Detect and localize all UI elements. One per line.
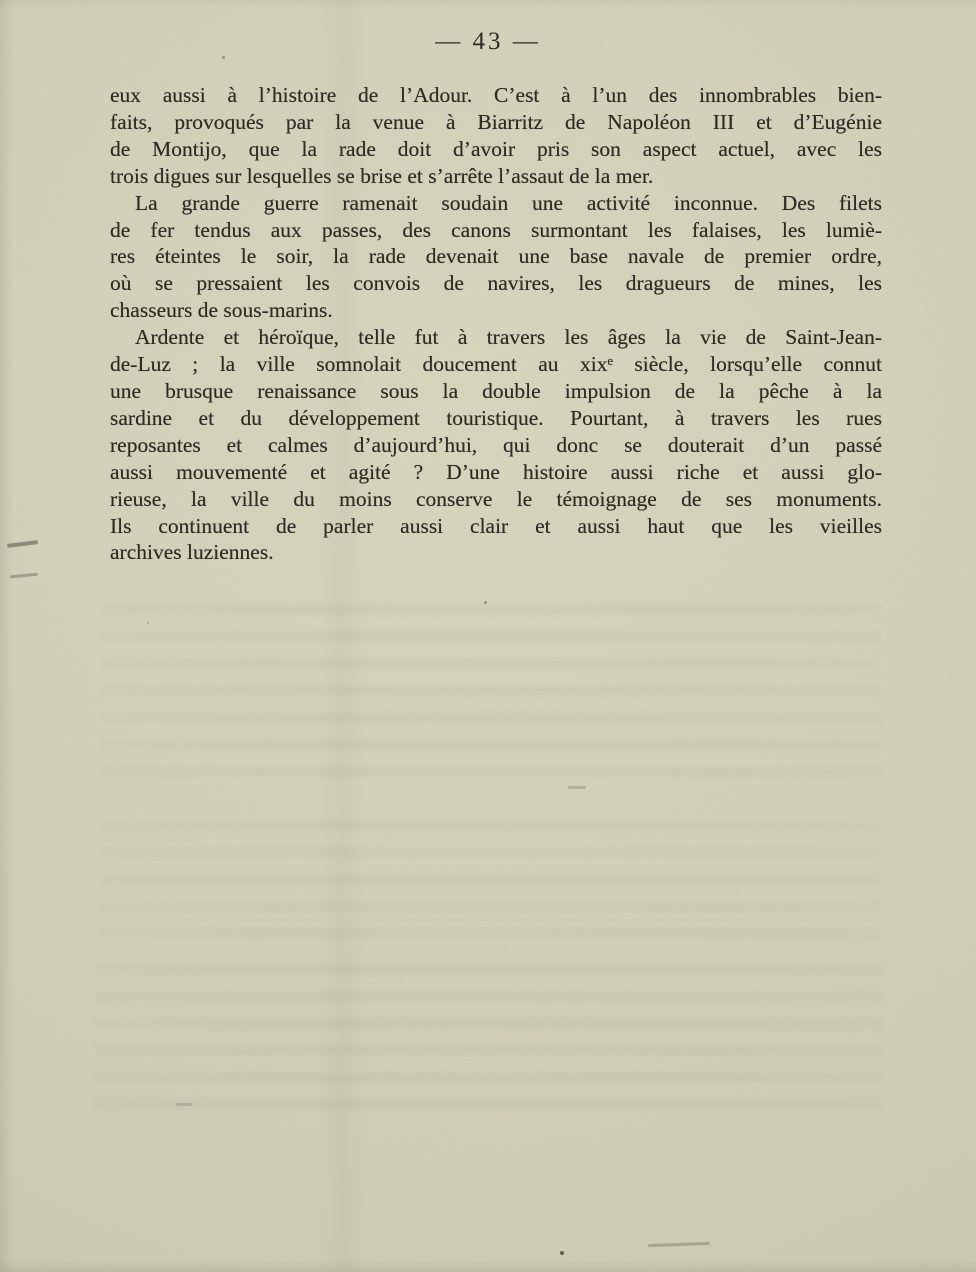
text-line: de fer tendus aux passes, des canons sur… — [110, 217, 882, 244]
text-block: eux aussi à l’histoire de l’Adour. C’est… — [110, 82, 882, 566]
bleedthrough-text-ghost — [94, 956, 884, 1118]
bleedthrough-text-ghost — [100, 596, 882, 790]
bleedthrough-text-ghost — [98, 812, 882, 952]
text-line: faits, provoqués par la venue à Biarritz… — [110, 109, 882, 136]
text-line: trois digues sur lesquelles se brise et … — [110, 163, 882, 190]
text-line: Ils continuent de parler aussi clair et … — [110, 513, 882, 540]
pencil-mark — [568, 786, 586, 789]
text-line: où se pressaient les convois de navires,… — [110, 270, 882, 297]
text-line: archives luziennes. — [110, 539, 882, 566]
text-line: de-Luz ; la ville somnolait doucement au… — [110, 351, 882, 378]
scanned-book-page: — 43 — eux aussi à l’histoire de l’Adour… — [0, 0, 976, 1272]
text-line: eux aussi à l’histoire de l’Adour. C’est… — [110, 82, 882, 109]
text-line: res éteintes le soir, la rade devenait u… — [110, 243, 882, 270]
scan-edge-shading-top — [0, 0, 976, 8]
dust-speck — [147, 622, 149, 624]
pencil-mark — [10, 573, 38, 578]
dust-speck — [560, 1251, 564, 1255]
scan-edge-shading-bottom — [0, 1260, 976, 1272]
dust-speck — [484, 601, 487, 604]
text-line: La grande guerre ramenait soudain une ac… — [110, 190, 882, 217]
text-line: de Montijo, que la rade doit d’avoir pri… — [110, 136, 882, 163]
dust-speck — [222, 56, 225, 59]
scan-edge-shading-left — [0, 0, 14, 1272]
text-line: rieuse, la ville du moins conserve le té… — [110, 486, 882, 513]
text-line: sardine et du développement touristique.… — [110, 405, 882, 432]
text-line: Ardente et héroïque, telle fut à travers… — [110, 324, 882, 351]
text-line: chasseurs de sous-marins. — [110, 297, 882, 324]
text-line: aussi mouvementé et agité ? D’une histoi… — [110, 459, 882, 486]
text-line: reposantes et calmes d’aujourd’hui, qui … — [110, 432, 882, 459]
page-number: — 43 — — [0, 28, 976, 56]
text-line: une brusque renaissance sous la double i… — [110, 378, 882, 405]
pencil-mark — [176, 1103, 192, 1106]
pencil-mark — [648, 1242, 710, 1247]
